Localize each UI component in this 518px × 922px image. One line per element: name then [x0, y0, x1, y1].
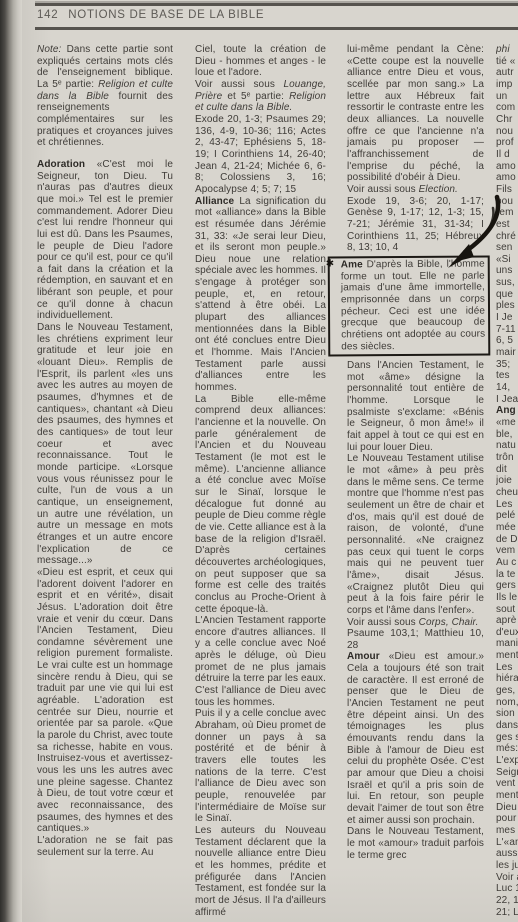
entry-headword: Ame — [341, 259, 363, 270]
clipped-line-fragment: mes — [496, 825, 518, 837]
text-segment: L'adoration ne se fait pas seulement sur… — [37, 835, 173, 858]
clipped-line-fragment: 22, 1 — [496, 895, 518, 907]
clipped-line-fragment: aprè — [496, 615, 518, 627]
text-column-4-clipped: phitié «autrimpuncomChrnouprofIl damoamo… — [496, 44, 518, 916]
clipped-line-fragment: un — [496, 91, 518, 103]
clipped-line-fragment: ples — [496, 300, 518, 312]
text-segment: La signification du mot «alliance» dans … — [195, 196, 326, 394]
clipped-line-fragment: aussi — [496, 848, 518, 860]
text-segment: «Dieu est amour.» Cela a toujours été so… — [347, 651, 484, 825]
text-segment: Les auteurs du Nouveau Testament déclare… — [195, 825, 326, 918]
text-segment: Voir aussi sous — [195, 79, 283, 90]
clipped-line-fragment: Luc 1 — [496, 883, 518, 895]
clipped-line-fragment: autr — [496, 67, 518, 79]
clipped-line-fragment: Les — [496, 662, 518, 674]
clipped-line-fragment: L'«an — [496, 837, 518, 849]
clipped-line-fragment: Ils le — [496, 592, 518, 604]
text-segment: Ciel, toute la création de Dieu - hommes… — [195, 44, 326, 78]
clipped-line-fragment: gers — [496, 580, 518, 592]
scanned-book-page: 142NOTIONS DE BASE DE LA BIBLE Note: Dan… — [0, 0, 518, 922]
paragraph: lui-même pendant la Cène: «Cette coupe e… — [347, 44, 484, 184]
paragraph: Dans le Nouveau Testament, les chrétiens… — [37, 322, 173, 567]
clipped-line-fragment: dans — [496, 720, 518, 732]
paragraph: Amour «Dieu est amour.» Cela a toujours … — [347, 651, 484, 826]
clipped-line-fragment: phi — [496, 44, 518, 56]
pen-star-annotation-icon: ✱ — [326, 258, 335, 270]
paragraph: Les auteurs du Nouveau Testament déclare… — [195, 825, 326, 918]
clipped-line-fragment: més: — [496, 743, 518, 755]
text-column-3: lui-même pendant la Cène: «Cette coupe e… — [347, 44, 484, 861]
paragraph: Voir aussi sous Louange, Prière et 5ᵉ pa… — [195, 79, 326, 114]
clipped-line-fragment: tes — [496, 370, 518, 382]
paragraph: Note: Dans cette partie sont expliqués c… — [37, 44, 173, 149]
clipped-line-fragment: de D — [496, 534, 518, 546]
clipped-line-fragment: mair — [496, 347, 518, 359]
clipped-line-fragment: la te — [496, 569, 518, 581]
text-segment: Exode 20, 1-3; Psaumes 29; 136, 4-9, 10-… — [195, 114, 326, 195]
paragraph: Le Nouveau Testament utilise le mot «âme… — [347, 453, 484, 616]
paragraph: L'adoration ne se fait pas seulement sur… — [37, 835, 173, 858]
text-segment: L'Ancien Testament rapporte encore d'aut… — [195, 615, 326, 708]
clipped-line-fragment: que — [496, 289, 518, 301]
clipped-line-fragment: 6, 5 — [496, 335, 518, 347]
text-segment: Note: — [37, 44, 61, 55]
text-segment: lui-même pendant la Cène: «Cette coupe e… — [347, 44, 484, 183]
entry-headword: Adoration — [37, 159, 85, 170]
clipped-line-fragment: L'exp — [496, 755, 518, 767]
clipped-line-fragment: mée — [496, 522, 518, 534]
clipped-line-fragment: «me — [496, 417, 518, 429]
clipped-line-fragment: Chr — [496, 114, 518, 126]
clipped-line-fragment: hiéra — [496, 673, 518, 685]
page-title: NOTIONS DE BASE DE LA BIBLE — [68, 9, 264, 21]
clipped-line-fragment: 21; L — [496, 907, 518, 916]
paragraph: Psaume 103,1; Matthieu 10, 28 — [347, 628, 484, 651]
entry-headword: Amour — [347, 651, 380, 662]
clipped-line-fragment: d'eux — [496, 627, 518, 639]
text-segment: Dans le Nouveau Testament, les chrétiens… — [37, 322, 173, 566]
clipped-line-fragment: Voir a — [496, 872, 518, 884]
clipped-line-fragment: mani — [496, 638, 518, 650]
clipped-line-fragment: Seigr — [496, 767, 518, 779]
paragraph: Alliance La signification du mot «allian… — [195, 196, 326, 394]
clipped-line-fragment: pelé — [496, 510, 518, 522]
clipped-line-fragment: tié « — [496, 56, 518, 68]
clipped-line-fragment: Il d — [496, 149, 518, 161]
clipped-line-fragment: pour — [496, 813, 518, 825]
clipped-line-fragment: ment — [496, 790, 518, 802]
clipped-line-fragment: ges s — [496, 732, 518, 744]
clipped-line-fragment: vent — [496, 778, 518, 790]
clipped-line-fragment: sion — [496, 708, 518, 720]
text-segment: «C'est moi le Seigneur, ton Dieu. Tu n'a… — [37, 159, 173, 322]
clipped-line-fragment: nom, — [496, 697, 518, 709]
clipped-line-fragment: com — [496, 102, 518, 114]
clipped-line-fragment: 7-11 — [496, 324, 518, 336]
header-bottom-rule — [35, 27, 518, 30]
book-gutter-shadow — [0, 0, 22, 922]
paragraph: Adoration «C'est moi le Seigneur, ton Di… — [37, 159, 173, 322]
paragraph: Voir aussi sous Corps, Chair. — [347, 617, 484, 629]
header-top-rule — [35, 3, 518, 6]
clipped-line-fragment: sus, — [496, 277, 518, 289]
paragraph: L'Ancien Testament rapporte encore d'aut… — [195, 615, 326, 708]
clipped-line-fragment: cheu — [496, 487, 518, 499]
clipped-line-fragment: dit — [496, 464, 518, 476]
paragraph: Dans l'Ancien Testament, le mot «âme» dé… — [347, 360, 484, 453]
text-column-1: Note: Dans cette partie sont expliqués c… — [37, 44, 173, 858]
paragraph: Exode 20, 1-3; Psaumes 29; 136, 4-9, 10-… — [195, 114, 326, 196]
clipped-line-fragment: sout — [496, 604, 518, 616]
clipped-line-fragment: I Jea — [496, 394, 518, 406]
text-segment: Dans le Nouveau Testament, le mot «amour… — [347, 826, 484, 860]
entry-headword: Alliance — [195, 196, 234, 207]
clipped-line-fragment: I Je — [496, 312, 518, 324]
page-number: 142 — [37, 9, 58, 21]
clipped-line-fragment: trôn — [496, 452, 518, 464]
text-segment: Voir aussi sous — [347, 617, 419, 628]
text-segment: Le Nouveau Testament utilise le mot «âme… — [347, 453, 484, 616]
clipped-line-fragment: imp — [496, 79, 518, 91]
clipped-line-fragment: natu — [496, 440, 518, 452]
clipped-line-fragment: joie — [496, 475, 518, 487]
running-header: 142NOTIONS DE BASE DE LA BIBLE — [37, 9, 264, 21]
clipped-line-fragment: Au c — [496, 557, 518, 569]
paragraph: Puis il y a celle conclue avec Abraham, … — [195, 708, 326, 825]
text-segment: Puis il y a celle conclue avec Abraham, … — [195, 708, 326, 824]
text-segment: Dans l'Ancien Testament, le mot «âme» dé… — [347, 360, 484, 453]
pen-arrow-annotation-icon — [438, 194, 518, 274]
text-column-2: Ciel, toute la création de Dieu - hommes… — [195, 44, 326, 918]
clipped-line-fragment: ges, — [496, 685, 518, 697]
clipped-line-fragment: Les — [496, 499, 518, 511]
clipped-line-fragment: les ju — [496, 860, 518, 872]
paragraph: Dans le Nouveau Testament, le mot «amour… — [347, 826, 484, 861]
text-segment: La Bible elle-même comprend deux allianc… — [195, 394, 326, 615]
clipped-line-fragment: Dieu — [496, 802, 518, 814]
text-segment: Voir aussi sous — [347, 184, 419, 195]
text-segment: «Dieu est esprit, et ceux qui l'adorent … — [37, 567, 173, 834]
clipped-line-fragment: ment — [496, 650, 518, 662]
text-segment: et 5ᵉ partie: — [222, 91, 289, 102]
text-segment: Corps, Chair. — [419, 617, 479, 628]
clipped-line-fragment: prof — [496, 137, 518, 149]
paragraph: Ciel, toute la création de Dieu - hommes… — [195, 44, 326, 79]
clipped-line-fragment: vem — [496, 545, 518, 557]
clipped-line-fragment: Ang — [496, 405, 518, 417]
clipped-line-fragment: 35; — [496, 359, 518, 371]
clipped-line-fragment: 14, — [496, 382, 518, 394]
paragraph: «Dieu est esprit, et ceux qui l'adorent … — [37, 567, 173, 835]
text-segment: Psaume 103,1; Matthieu 10, 28 — [347, 628, 484, 651]
clipped-line-fragment: nou — [496, 126, 518, 138]
clipped-line-fragment: ble, — [496, 429, 518, 441]
paragraph: La Bible elle-même comprend deux allianc… — [195, 394, 326, 615]
clipped-line-fragment: amo — [496, 161, 518, 173]
clipped-line-fragment: amo — [496, 172, 518, 184]
